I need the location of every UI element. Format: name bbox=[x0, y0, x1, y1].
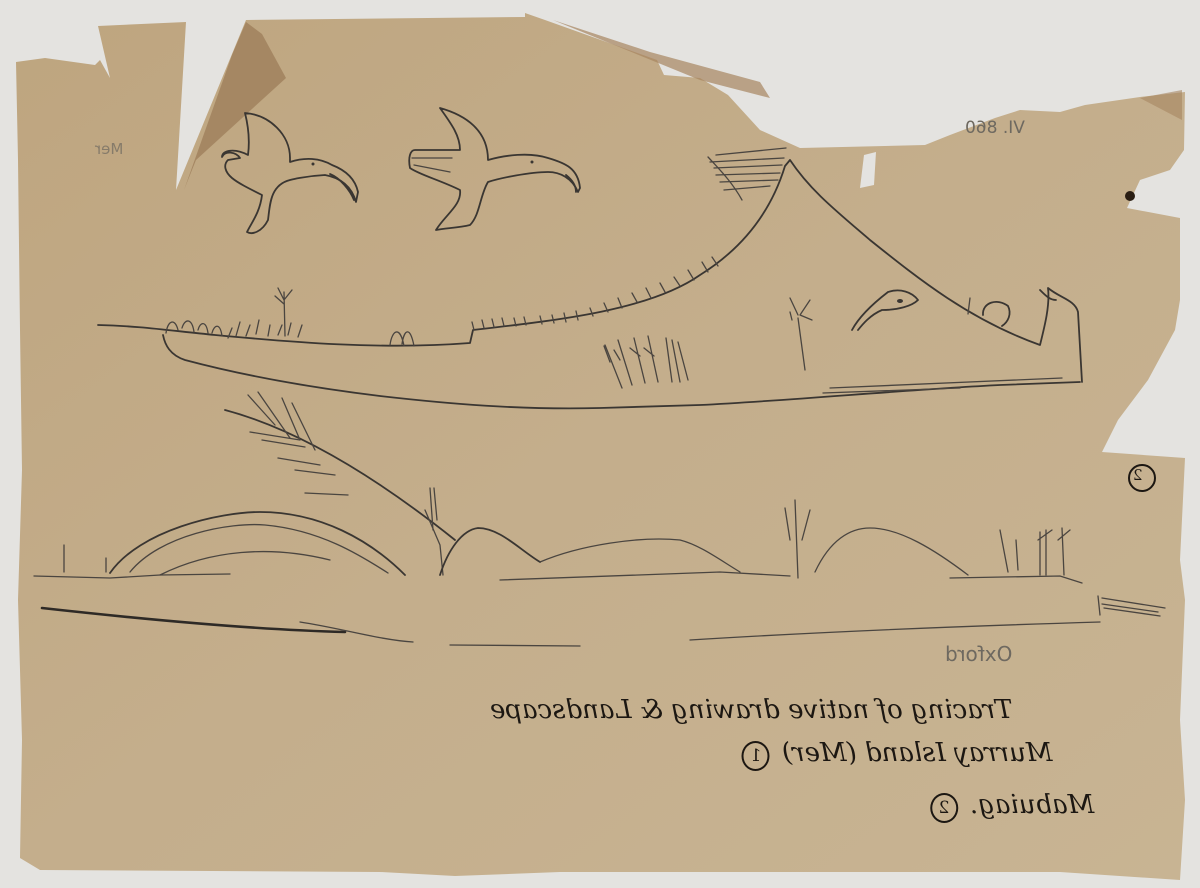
margin-number: 2 bbox=[1133, 466, 1143, 484]
caption-line-2-text: Murray Island (Mer) bbox=[782, 738, 1053, 768]
caption-line-2: Murray Island (Mer)1 bbox=[742, 738, 1053, 771]
top-left-pencil-note: Mer bbox=[95, 140, 123, 158]
burn-mark bbox=[1125, 191, 1135, 201]
caption-line-3-text: Mabuiag. bbox=[970, 790, 1094, 820]
location-pencil-note: Oxford bbox=[945, 642, 1012, 666]
caption-number-1: 1 bbox=[742, 741, 770, 771]
tracing-sheet: VI. 860 Oxford Mer 2 Tracing of native d… bbox=[0, 0, 1200, 888]
catalog-number: VI. 860 bbox=[965, 118, 1025, 138]
caption-number-2: 2 bbox=[930, 793, 958, 823]
caption-line-1: Tracing of native drawing & Landscape bbox=[490, 695, 1013, 725]
caption-line-3: Mabuiag.2 bbox=[930, 790, 1094, 823]
